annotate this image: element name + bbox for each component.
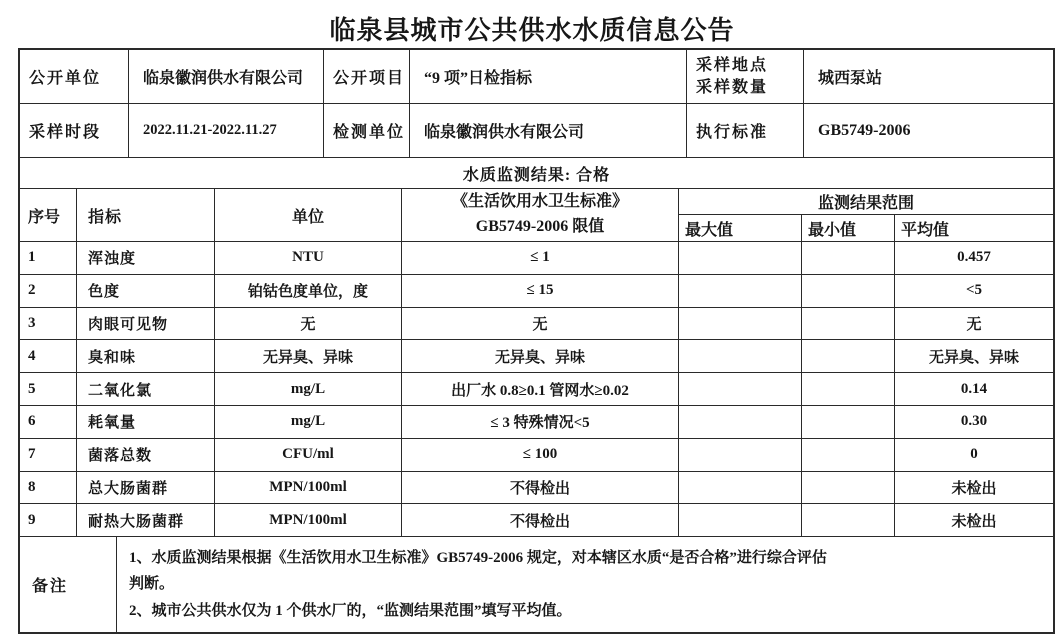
header-limit-line1: 《生活饮用水卫生标准》: [452, 190, 628, 215]
cell-unit: MPN/100ml: [215, 504, 402, 537]
cell-avg: 未检出: [895, 504, 1053, 537]
indicator-row: 4 臭和味 无异臭、异味 无异臭、异味 无异臭、异味: [20, 340, 1053, 373]
test-unit-label: 检测单位: [324, 104, 410, 158]
cell-limit: ≤ 15: [402, 275, 679, 308]
info-row-1: 公开单位 临泉徽润供水有限公司 公开项目 “9 项”日检指标 采样地点 采样数量…: [20, 50, 1053, 104]
cell-min: [802, 472, 895, 505]
cell-no: 4: [20, 340, 77, 373]
cell-indicator: 臭和味: [77, 340, 215, 373]
cell-max: [679, 340, 802, 373]
info-row-2: 采样时段 2022.11.21-2022.11.27 检测单位 临泉徽润供水有限…: [20, 104, 1053, 158]
cell-no: 3: [20, 308, 77, 341]
cell-no: 2: [20, 275, 77, 308]
header-avg: 平均值: [895, 215, 1053, 242]
cell-max: [679, 308, 802, 341]
header-unit: 单位: [215, 189, 402, 242]
cell-avg: 未检出: [895, 472, 1053, 505]
cell-no: 9: [20, 504, 77, 537]
cell-min: [802, 275, 895, 308]
indicator-row: 9 耐热大肠菌群 MPN/100ml 不得检出 未检出: [20, 504, 1053, 537]
cell-max: [679, 373, 802, 406]
cell-min: [802, 439, 895, 472]
water-quality-table: 公开单位 临泉徽润供水有限公司 公开项目 “9 项”日检指标 采样地点 采样数量…: [18, 48, 1055, 634]
header-no: 序号: [20, 189, 77, 242]
cell-limit: 无异臭、异味: [402, 340, 679, 373]
remarks-body: 1、水质监测结果根据《生活饮用水卫生标准》GB5749-2006 规定，对本辖区…: [117, 537, 1053, 632]
remarks-line-3: 2、城市公共供水仅为 1 个供水厂的，“监测结果范围”填写平均值。: [129, 598, 572, 624]
sample-site-count-label: 采样地点 采样数量: [687, 50, 804, 104]
cell-max: [679, 472, 802, 505]
cell-avg: 无: [895, 308, 1053, 341]
cell-min: [802, 308, 895, 341]
cell-limit: 不得检出: [402, 472, 679, 505]
publish-item-label: 公开项目: [324, 50, 410, 104]
cell-no: 6: [20, 406, 77, 439]
cell-indicator: 肉眼可见物: [77, 308, 215, 341]
cell-min: [802, 373, 895, 406]
cell-avg: 0: [895, 439, 1053, 472]
cell-max: [679, 504, 802, 537]
header-indicator: 指标: [77, 189, 215, 242]
cell-unit: CFU/ml: [215, 439, 402, 472]
test-unit-value: 临泉徽润供水有限公司: [410, 104, 687, 158]
cell-avg: 0.457: [895, 242, 1053, 275]
cell-indicator: 总大肠菌群: [77, 472, 215, 505]
cell-min: [802, 504, 895, 537]
remarks-line-2: 判断。: [129, 571, 174, 597]
cell-unit: 无: [215, 308, 402, 341]
cell-avg: <5: [895, 275, 1053, 308]
cell-limit: 无: [402, 308, 679, 341]
cell-indicator: 二氧化氯: [77, 373, 215, 406]
cell-max: [679, 439, 802, 472]
cell-unit: mg/L: [215, 406, 402, 439]
indicator-row: 7 菌落总数 CFU/ml ≤ 100 0: [20, 439, 1053, 472]
cell-indicator: 耐热大肠菌群: [77, 504, 215, 537]
indicator-row: 3 肉眼可见物 无 无 无: [20, 308, 1053, 341]
cell-indicator: 浑浊度: [77, 242, 215, 275]
sample-site-value: 城西泵站: [804, 50, 1053, 104]
header-limit-line2: GB5749-2006 限值: [476, 215, 604, 240]
publish-unit-label: 公开单位: [20, 50, 129, 104]
header-max: 最大值: [679, 215, 802, 242]
result-banner: 水质监测结果: 合格: [20, 158, 1053, 189]
cell-limit: 不得检出: [402, 504, 679, 537]
page-title: 临泉县城市公共供水水质信息公告: [0, 10, 1064, 47]
cell-limit: ≤ 3 特殊情况<5: [402, 406, 679, 439]
cell-indicator: 色度: [77, 275, 215, 308]
publish-unit-value: 临泉徽润供水有限公司: [129, 50, 324, 104]
cell-avg: 无异臭、异味: [895, 340, 1053, 373]
header-range-group: 监测结果范围: [679, 189, 1053, 215]
indicator-row: 5 二氧化氯 mg/L 出厂水 0.8≥0.1 管网水≥0.02 0.14: [20, 373, 1053, 406]
cell-max: [679, 275, 802, 308]
indicator-row: 2 色度 铂钴色度单位，度 ≤ 15 <5: [20, 275, 1053, 308]
sample-count-label-line2: 采样数量: [696, 77, 768, 99]
cell-min: [802, 340, 895, 373]
cell-no: 8: [20, 472, 77, 505]
publish-item-value: “9 项”日检指标: [410, 50, 687, 104]
sample-period-value: 2022.11.21-2022.11.27: [129, 104, 324, 158]
cell-unit: MPN/100ml: [215, 472, 402, 505]
main-table-header: 序号 指标 单位 《生活饮用水卫生标准》 GB5749-2006 限值 监测结果…: [20, 189, 1053, 242]
standard-label: 执行标准: [687, 104, 804, 158]
standard-value: GB5749-2006: [804, 104, 1053, 158]
cell-min: [802, 406, 895, 439]
cell-indicator: 菌落总数: [77, 439, 215, 472]
remarks-label: 备注: [20, 537, 117, 632]
cell-no: 7: [20, 439, 77, 472]
indicator-row: 8 总大肠菌群 MPN/100ml 不得检出 未检出: [20, 472, 1053, 505]
sample-period-label: 采样时段: [20, 104, 129, 158]
cell-avg: 0.14: [895, 373, 1053, 406]
remarks-row: 备注 1、水质监测结果根据《生活饮用水卫生标准》GB5749-2006 规定，对…: [20, 537, 1053, 632]
cell-unit: mg/L: [215, 373, 402, 406]
cell-limit: ≤ 1: [402, 242, 679, 275]
cell-no: 5: [20, 373, 77, 406]
sample-site-label-line1: 采样地点: [696, 55, 768, 77]
indicator-row: 1 浑浊度 NTU ≤ 1 0.457: [20, 242, 1053, 275]
cell-unit: 无异臭、异味: [215, 340, 402, 373]
header-min: 最小值: [802, 215, 895, 242]
cell-min: [802, 242, 895, 275]
indicator-row: 6 耗氧量 mg/L ≤ 3 特殊情况<5 0.30: [20, 406, 1053, 439]
cell-limit: ≤ 100: [402, 439, 679, 472]
cell-limit: 出厂水 0.8≥0.1 管网水≥0.02: [402, 373, 679, 406]
cell-no: 1: [20, 242, 77, 275]
cell-unit: 铂钴色度单位，度: [215, 275, 402, 308]
remarks-line-1: 1、水质监测结果根据《生活饮用水卫生标准》GB5749-2006 规定，对本辖区…: [129, 545, 827, 571]
cell-avg: 0.30: [895, 406, 1053, 439]
cell-indicator: 耗氧量: [77, 406, 215, 439]
cell-max: [679, 406, 802, 439]
cell-max: [679, 242, 802, 275]
cell-unit: NTU: [215, 242, 402, 275]
header-limit: 《生活饮用水卫生标准》 GB5749-2006 限值: [402, 189, 679, 242]
